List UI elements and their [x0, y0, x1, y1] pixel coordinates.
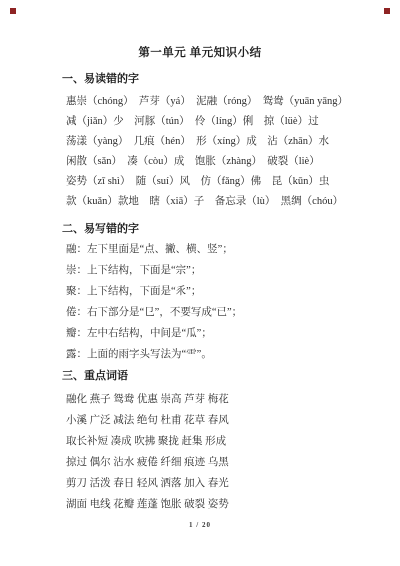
page-number: 1 / 20 — [0, 521, 400, 529]
text-line: 闲散（sǎn） 凑（còu）成 饱胀（zhàng） 破裂（liè） — [66, 152, 400, 172]
document-page: 第一单元 单元知识小结 一、易读错的字 惠崇（chóng） 芦芽（yá） 泥融（… — [0, 0, 400, 566]
text-line: 融化 燕子 鸳鸯 优惠 崇高 芦芽 梅花 — [66, 389, 400, 410]
corner-mark-top-right — [384, 8, 390, 14]
text-line: 姿势（zī shì） 随（suí）风 仿（fǎng）佛 昆（kūn）虫 — [66, 172, 400, 192]
text-line: 荡漾（yàng） 几痕（hén） 形（xíng）成 沾（zhān）水 — [66, 132, 400, 152]
section-heading-3: 三、重点词语 — [62, 369, 400, 383]
section-heading-2: 二、易写错的字 — [62, 222, 400, 236]
text-line: 露：上面的雨字头写法为“⻗”。 — [66, 344, 400, 365]
section-heading-1: 一、易读错的字 — [62, 72, 400, 86]
section-easily-misread-words: 惠崇（chóng） 芦芽（yá） 泥融（róng） 鸳鸯（yuān yāng） … — [0, 92, 400, 212]
text-line: 取长补短 凑成 吹拂 聚拢 赶集 形成 — [66, 431, 400, 452]
text-line: 小溪 广泛 减法 绝句 杜甫 花草 春风 — [66, 410, 400, 431]
text-line: 惠崇（chóng） 芦芽（yá） 泥融（róng） 鸳鸯（yuān yāng） — [66, 92, 400, 112]
text-line: 掠过 偶尔 沾水 疲倦 纤细 痕迹 乌黑 — [66, 452, 400, 473]
text-line: 剪刀 活泼 春日 轻风 洒落 加入 春光 — [66, 473, 400, 494]
section-key-words: 融化 燕子 鸳鸯 优惠 崇高 芦芽 梅花 小溪 广泛 减法 绝句 杜甫 花草 春… — [0, 389, 400, 515]
section-easily-miswritten-words: 融：左下里面是“点、撇、横、竖”； 崇：上下结构，下面是“宗”； 聚：上下结构，… — [0, 239, 400, 365]
corner-mark-top-left — [10, 8, 16, 14]
text-line: 倦：右下部分是“㔾”，不要写成“已”； — [66, 302, 400, 323]
text-line: 款（kuǎn）款地 瞎（xiā）子 备忘录（lù） 黑绸（chóu） — [66, 192, 400, 212]
text-line: 融：左下里面是“点、撇、横、竖”； — [66, 239, 400, 260]
text-line: 崇：上下结构，下面是“宗”； — [66, 260, 400, 281]
text-line: 聚：上下结构，下面是“乑”； — [66, 281, 400, 302]
page-title: 第一单元 单元知识小结 — [0, 0, 400, 61]
text-line: 湖面 电线 花瓣 莲蓬 饱胀 破裂 姿势 — [66, 494, 400, 515]
text-line: 减（jiǎn）少 河豚（tún） 伶（líng）俐 掠（lüè）过 — [66, 112, 400, 132]
text-line: 瓣：左中右结构，中间是“瓜”； — [66, 323, 400, 344]
